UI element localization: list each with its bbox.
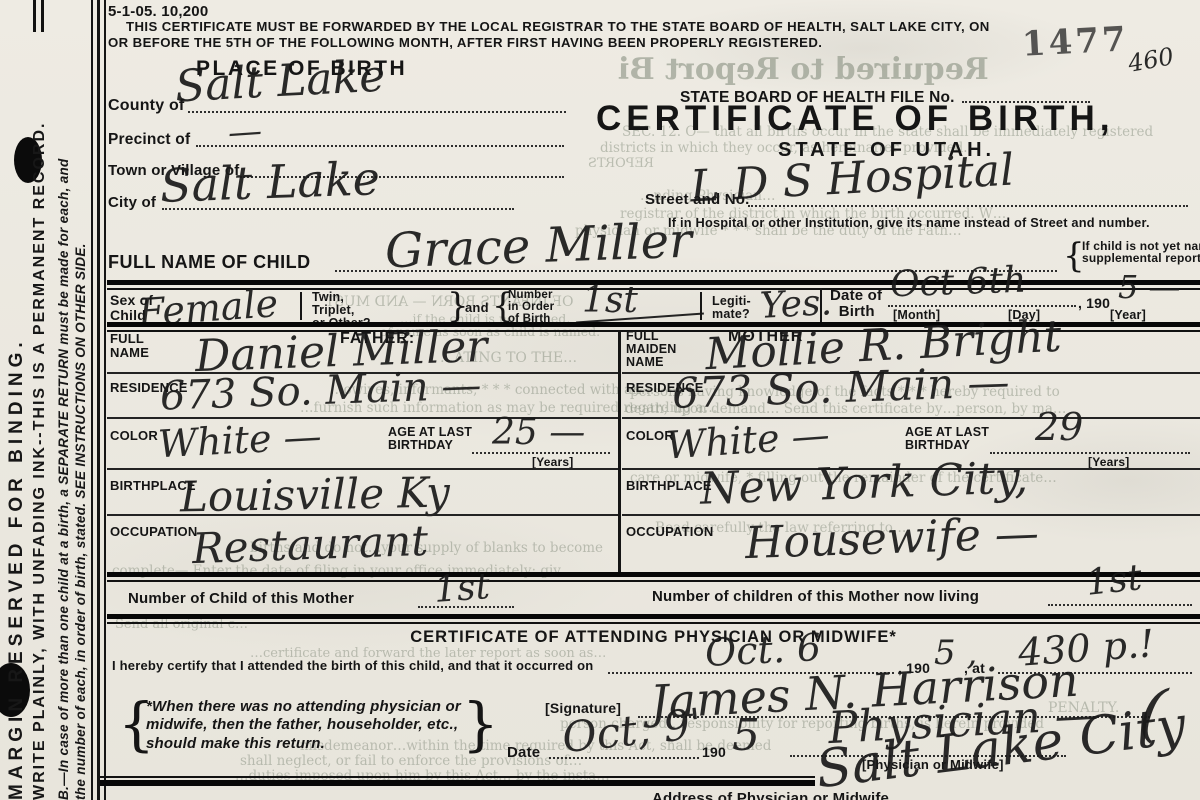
- father-color-value: White —: [157, 414, 323, 466]
- order-of-birth-value: 1st: [582, 280, 638, 321]
- child-name-value: Grace Miller: [384, 213, 693, 280]
- date-year-printed: 190: [702, 744, 726, 760]
- children-living-label: Number of children of this Mother now li…: [652, 588, 979, 605]
- child-name-note: If child is not yet named, make suppleme…: [1082, 240, 1200, 265]
- file-number-handwritten: 460: [1126, 42, 1176, 78]
- date-of-birth-label: Date of Birth: [830, 288, 882, 319]
- number-of-child-label: Number of Child of this Mother: [128, 590, 354, 607]
- mother-years-label: [Years]: [1088, 455, 1129, 469]
- mother-age-value: 29: [1035, 405, 1083, 449]
- form-left-border: [104, 0, 106, 800]
- column-divider: [820, 288, 822, 322]
- column-divider: [300, 292, 302, 320]
- form-left-border: [91, 0, 93, 800]
- mother-birthplace-value: New York City,: [699, 452, 1029, 514]
- precinct-label: Precinct of: [108, 131, 190, 149]
- father-age-label: AGE AT LAST BIRTHDAY: [388, 426, 472, 452]
- registrar-notice-line2: OR BEFORE THE 5TH OF THE FOLLOWING MONTH…: [108, 35, 822, 50]
- parent-column-divider: [618, 330, 621, 574]
- section-rule: [107, 614, 1200, 619]
- certify-statement: I hereby certify that I attended the bir…: [112, 658, 593, 673]
- mother-occupation-label: OCCUPATION: [626, 524, 713, 539]
- legitimate-label: Legiti- mate?: [712, 295, 751, 321]
- children-living-value: 1st: [1084, 557, 1144, 604]
- field-line: [107, 514, 618, 516]
- form-left-border: [97, 0, 100, 800]
- section-rule: [107, 580, 1200, 582]
- margin-permanent-record-text: WRITE PLAINLY, WITH UNFADING INK--THIS I…: [31, 60, 49, 800]
- section-rule: [100, 780, 815, 786]
- form-code: 5-1-05. 10,200: [108, 3, 208, 20]
- mother-age-label: AGE AT LAST BIRTHDAY: [905, 426, 989, 452]
- margin-separate-return-text: B.—In case of more than one child at a b…: [56, 88, 71, 800]
- street-note: If in Hospital or other Institution, giv…: [668, 215, 1150, 230]
- field-line: [622, 417, 1200, 419]
- birth-certificate-scan: Required to Report Bi SEC. 12. O— that a…: [0, 0, 1200, 800]
- margin-separate-return-text: the number of each, in order of birth, s…: [73, 88, 88, 800]
- note-brace: }: [462, 690, 499, 758]
- order-of-birth-label: Number in Order of Birth: [508, 290, 554, 326]
- county-label: County of: [108, 97, 184, 115]
- certificate-title: CERTIFICATE OF BIRTH,: [596, 99, 1115, 139]
- father-age-value: 25 —: [492, 412, 585, 453]
- date-of-birth-value: Oct 6th: [889, 260, 1027, 306]
- column-divider: [700, 292, 702, 320]
- bleedthrough-text: REPORTS: [588, 156, 654, 171]
- section-rule: [107, 572, 1200, 577]
- date-label: Date: [507, 744, 540, 761]
- dob-year-value: 5 —: [1118, 268, 1181, 306]
- city-label: City of: [108, 194, 156, 211]
- dob-year-printed: , 190: [1078, 295, 1110, 311]
- mother-occupation-value: Housewife —: [744, 508, 1039, 569]
- father-years-label: [Years]: [532, 455, 573, 469]
- father-name-label: FULL NAME: [110, 332, 149, 359]
- number-of-child-value: 1st: [433, 566, 492, 611]
- margin-binding-text: MARGIN RESERVED FOR BINDING.: [6, 260, 28, 800]
- year-label: [Year]: [1110, 308, 1146, 322]
- section-rule: [100, 776, 815, 778]
- mother-name-label: FULL MAIDEN NAME: [626, 330, 677, 369]
- father-color-label: COLOR: [110, 428, 158, 443]
- father-occupation-value: Restaurant: [191, 516, 429, 573]
- children-living-line: [1048, 604, 1192, 606]
- date-year-value: 5: [732, 710, 760, 761]
- section-rule: [107, 622, 1200, 624]
- father-occupation-label: OCCUPATION: [110, 524, 197, 539]
- city-value: Salt Lake: [159, 151, 381, 213]
- precinct-value: —: [227, 111, 264, 153]
- stray-mark: [33, 0, 36, 32]
- date-of-birth-line: [888, 305, 1076, 307]
- bleedthrough-text: Required to Report Bi: [618, 52, 989, 87]
- registrar-notice-line1: THIS CERTIFICATE MUST BE FORWARDED BY TH…: [126, 19, 990, 34]
- county-value: Salt Lake: [174, 51, 387, 113]
- file-number-stamp: 1477: [1021, 19, 1130, 65]
- stray-mark: [41, 0, 44, 32]
- child-name-label: FULL NAME OF CHILD: [108, 252, 311, 273]
- no-physician-note: *When there was no attending physician o…: [146, 698, 461, 753]
- and-label: and: [465, 300, 489, 315]
